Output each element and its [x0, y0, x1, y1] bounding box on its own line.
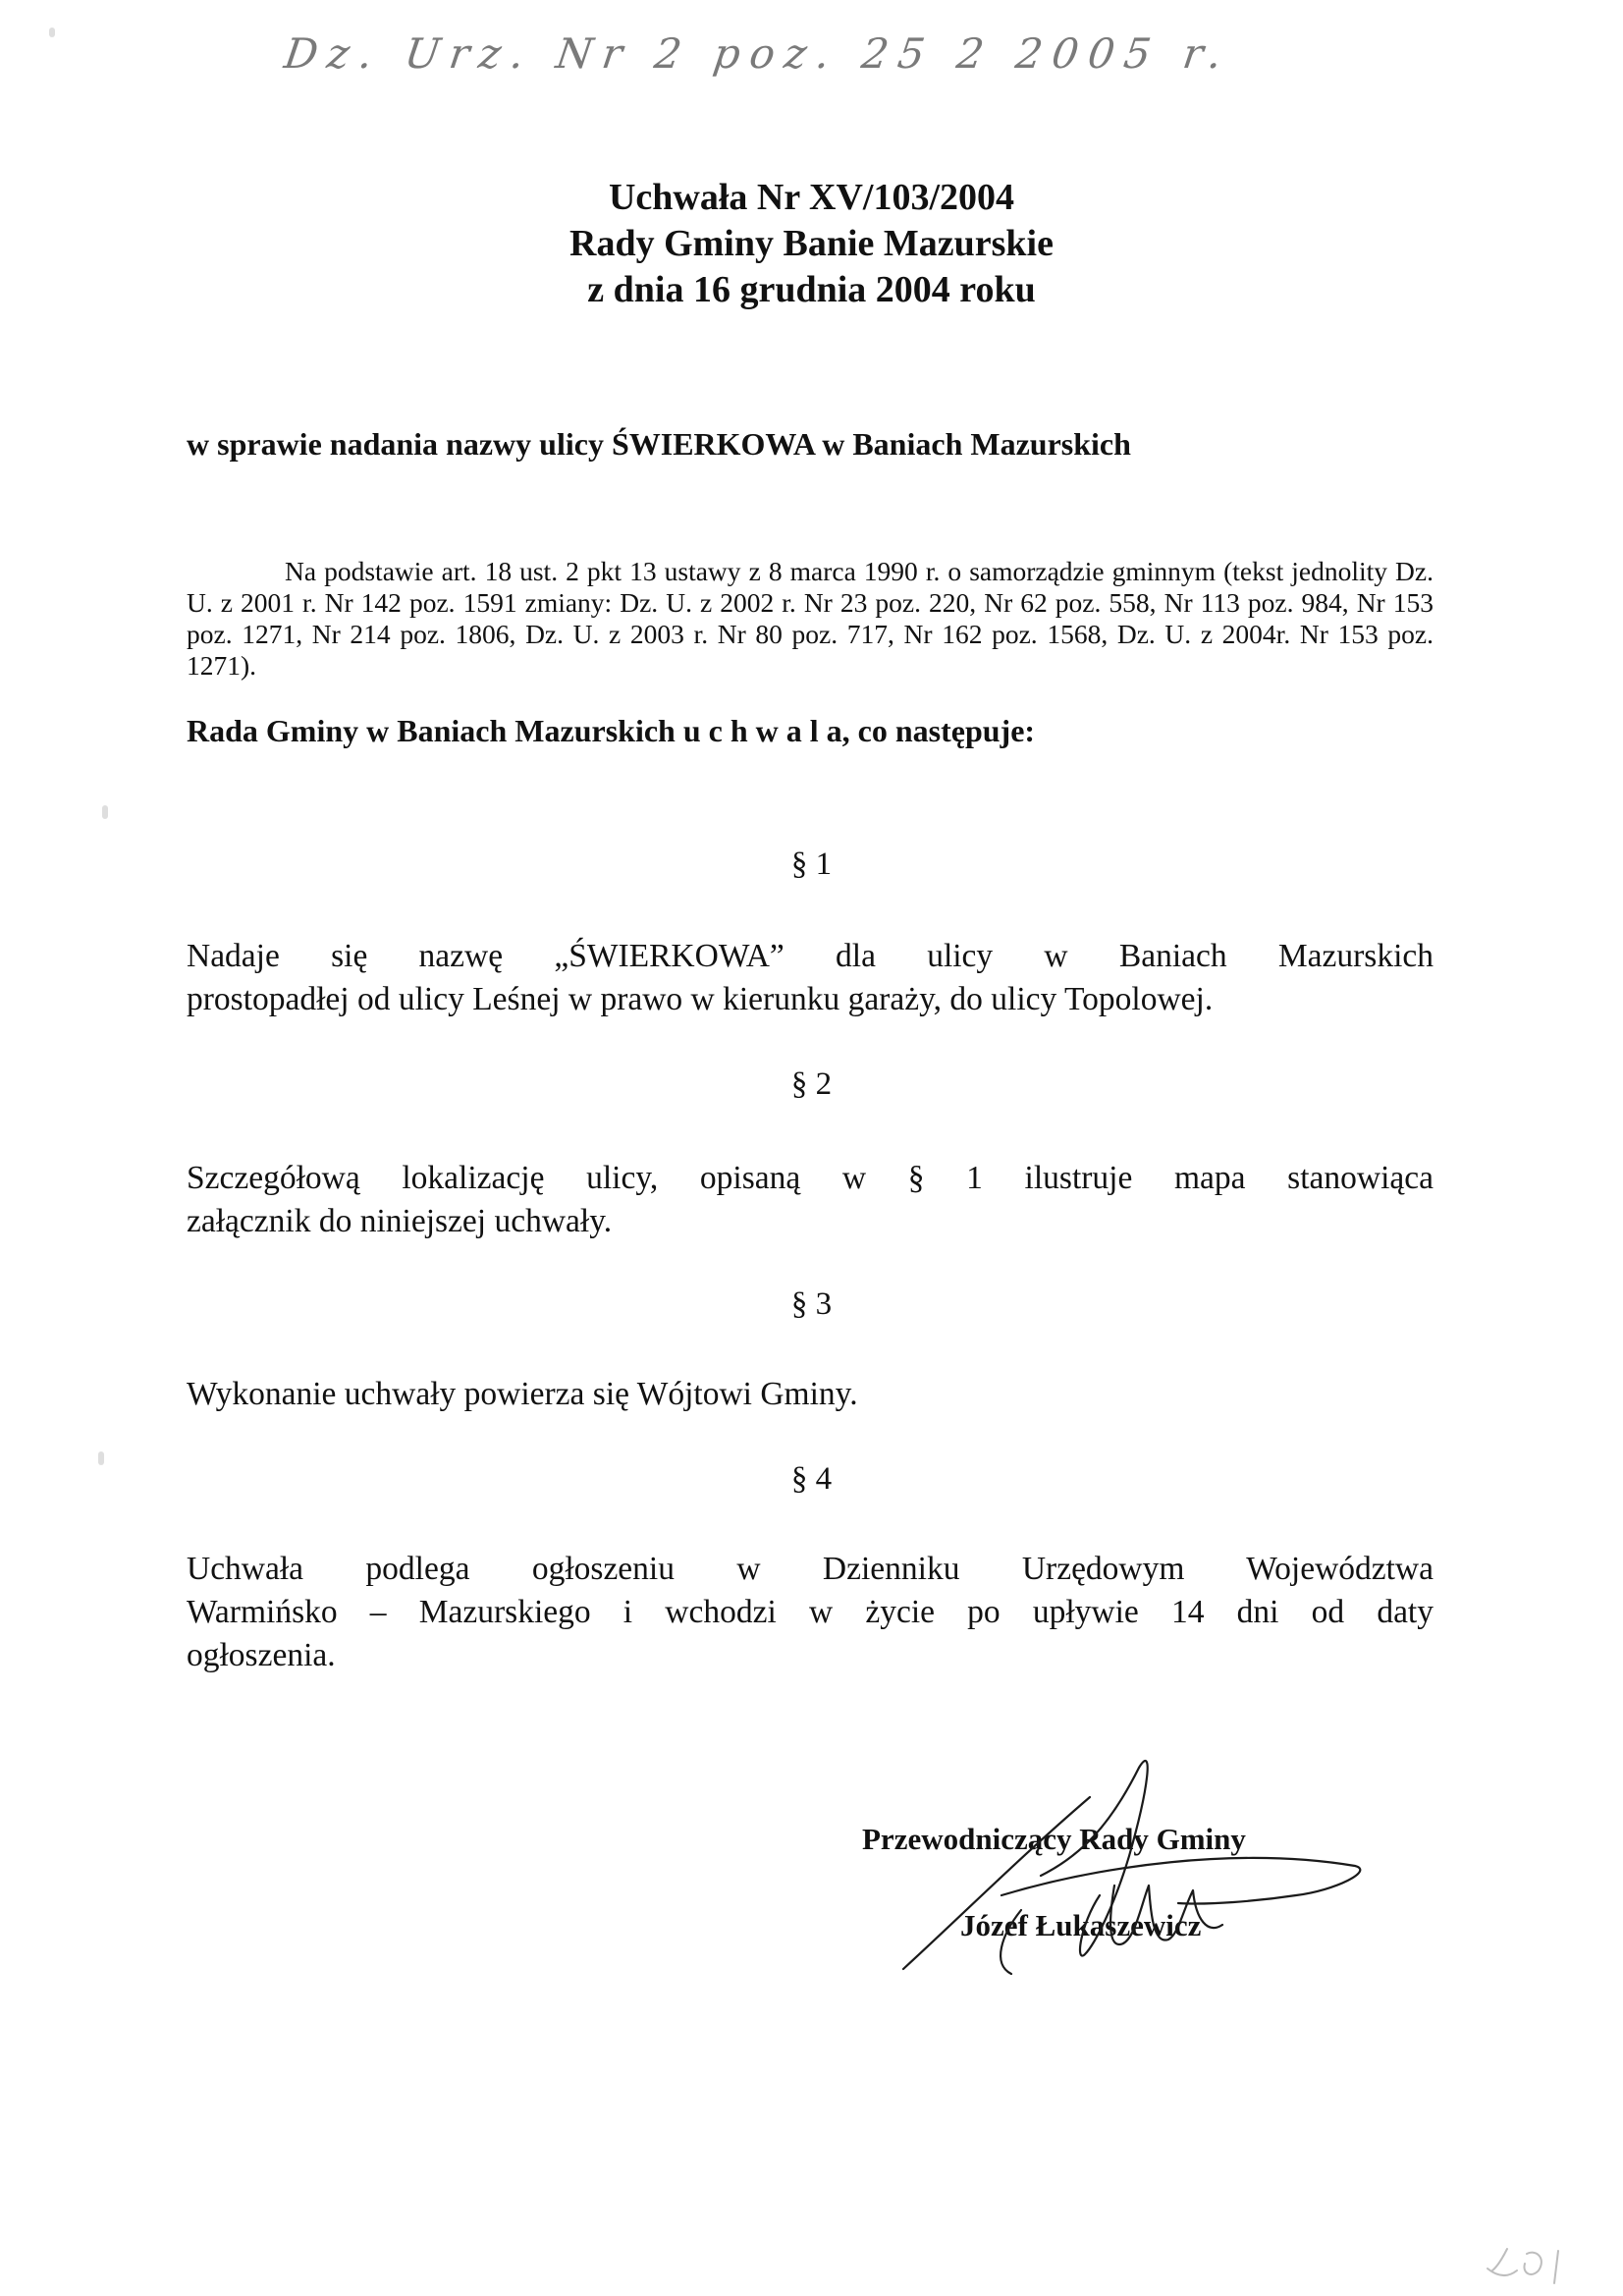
- resolution-header: Uchwała Nr XV/103/2004 Rady Gminy Banie …: [0, 175, 1623, 313]
- paragraph-1-line: prostopadłej od ulicy Leśnej w prawo w k…: [187, 978, 1434, 1021]
- signatory-name: Józef Łukaszewicz: [960, 1906, 1344, 1945]
- paragraph-4-line: Warmińsko – Mazurskiego i wchodzi w życi…: [187, 1591, 1434, 1634]
- paragraph-1-line: Nadaje się nazwę „ŚWIERKOWA” dla ulicy w…: [187, 935, 1434, 978]
- resolution-intro: Rada Gminy w Baniach Mazurskich u c h w …: [187, 713, 1035, 749]
- scan-artifact: [102, 805, 108, 819]
- paragraph-2-line: załącznik do niniejszej uchwały.: [187, 1200, 1434, 1243]
- scan-artifact: [49, 27, 55, 37]
- handwritten-registration-note: Dz. Urz. Nr 2 poz. 25 2 2005 r.: [282, 29, 1235, 78]
- paragraph-mark-4: § 4: [0, 1461, 1623, 1498]
- legal-basis-text: Na podstawie art. 18 ust. 2 pkt 13 ustaw…: [187, 556, 1434, 681]
- paragraph-2-text: Szczegółową lokalizację ulicy, opisaną w…: [187, 1157, 1434, 1243]
- paragraph-2-line: Szczegółową lokalizację ulicy, opisaną w…: [187, 1157, 1434, 1200]
- paragraph-mark-2: § 2: [0, 1066, 1623, 1103]
- page-number-handwritten-icon: [1478, 2229, 1576, 2288]
- paragraph-3-text: Wykonanie uchwały powierza się Wójtowi G…: [187, 1373, 1434, 1416]
- paragraph-4-text: Uchwała podlega ogłoszeniu w Dzienniku U…: [187, 1548, 1434, 1677]
- legal-basis: Na podstawie art. 18 ust. 2 pkt 13 ustaw…: [187, 556, 1434, 682]
- paragraph-mark-1: § 1: [0, 847, 1623, 883]
- resolution-number: Uchwała Nr XV/103/2004: [0, 175, 1623, 221]
- signature-block: Przewodniczący Rady Gminy Józef Łukaszew…: [862, 1820, 1246, 1898]
- resolution-subject: w sprawie nadania nazwy ulicy ŚWIERKOWA …: [187, 426, 1131, 463]
- issuing-body: Rady Gminy Banie Mazurskie: [0, 221, 1623, 267]
- document-page: Dz. Urz. Nr 2 poz. 25 2 2005 r. Uchwała …: [0, 0, 1623, 2296]
- resolution-date: z dnia 16 grudnia 2004 roku: [0, 267, 1623, 313]
- scan-artifact: [98, 1451, 104, 1465]
- paragraph-1-text: Nadaje się nazwę „ŚWIERKOWA” dla ulicy w…: [187, 935, 1434, 1021]
- paragraph-4-line: Uchwała podlega ogłoszeniu w Dzienniku U…: [187, 1548, 1434, 1591]
- paragraph-4-line: ogłoszenia.: [187, 1634, 1434, 1677]
- signatory-title: Przewodniczący Rady Gminy: [862, 1820, 1246, 1859]
- paragraph-3-line: Wykonanie uchwały powierza się Wójtowi G…: [187, 1373, 1434, 1416]
- paragraph-mark-3: § 3: [0, 1286, 1623, 1323]
